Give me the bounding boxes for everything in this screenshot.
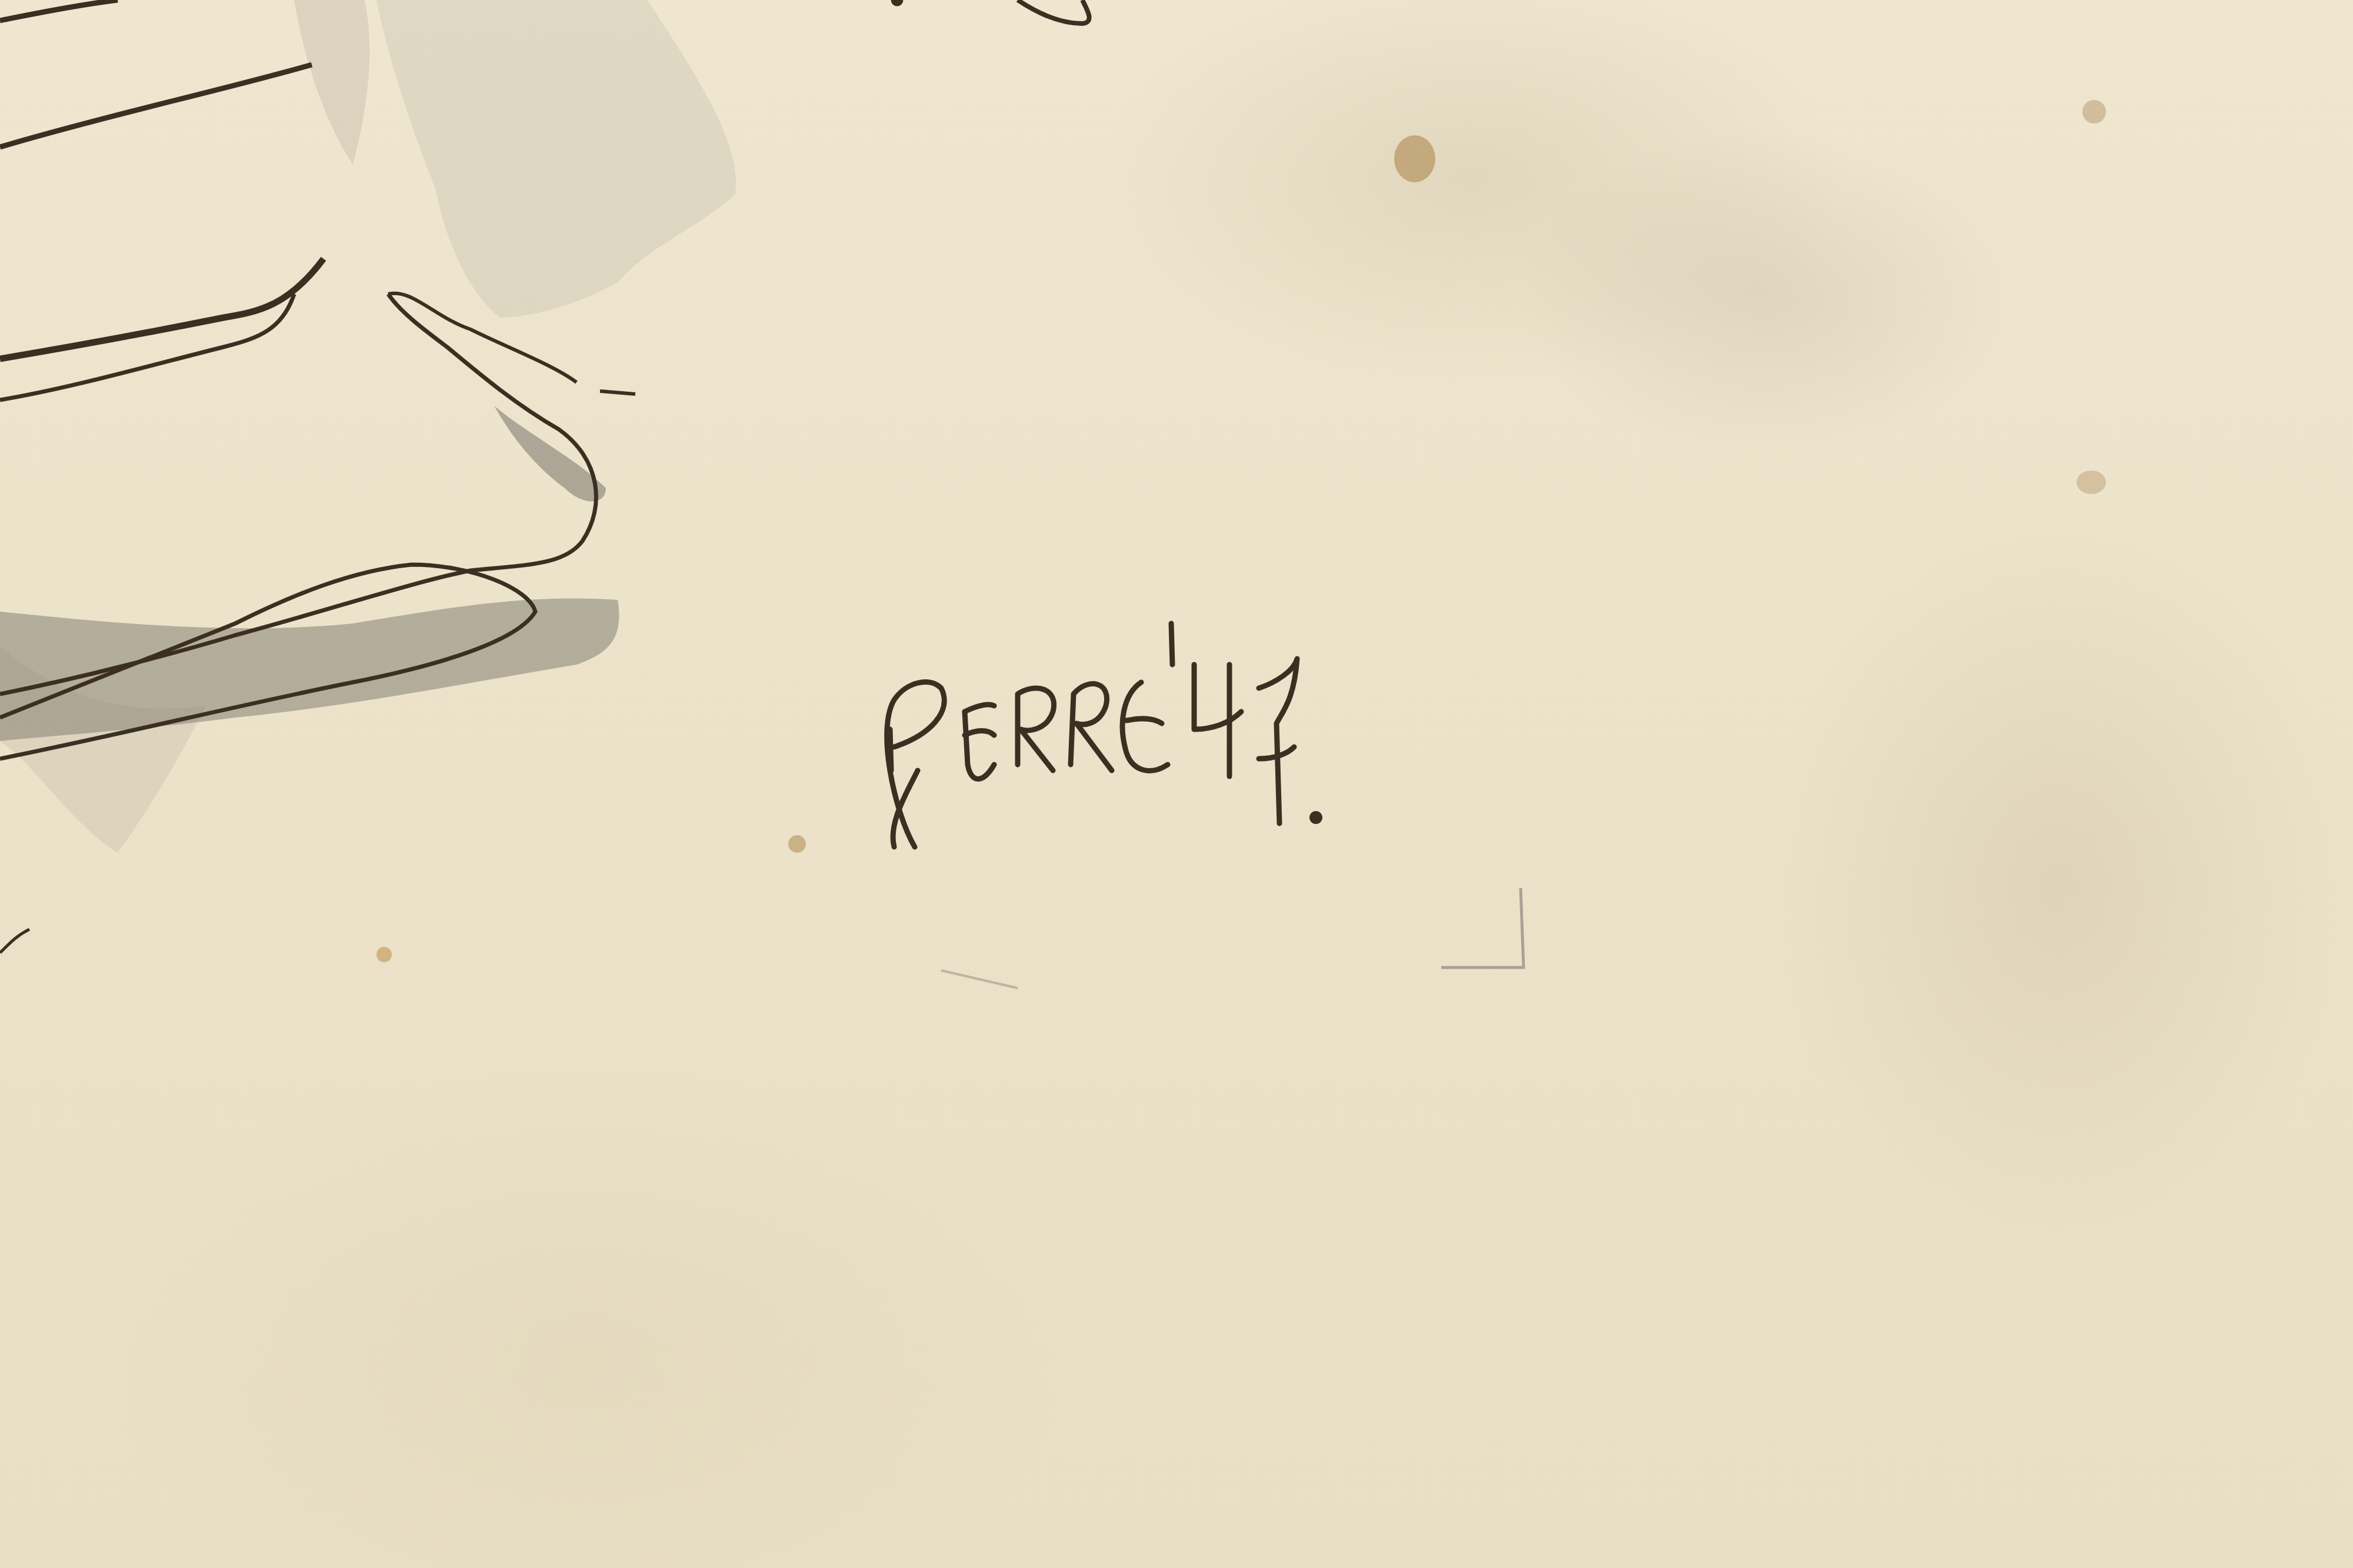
artwork-paper: PIERRE'47.: [0, 0, 2353, 1568]
artist-signature: PIERRE'47.: [0, 0, 2353, 1568]
signature-period: [1309, 811, 1322, 824]
